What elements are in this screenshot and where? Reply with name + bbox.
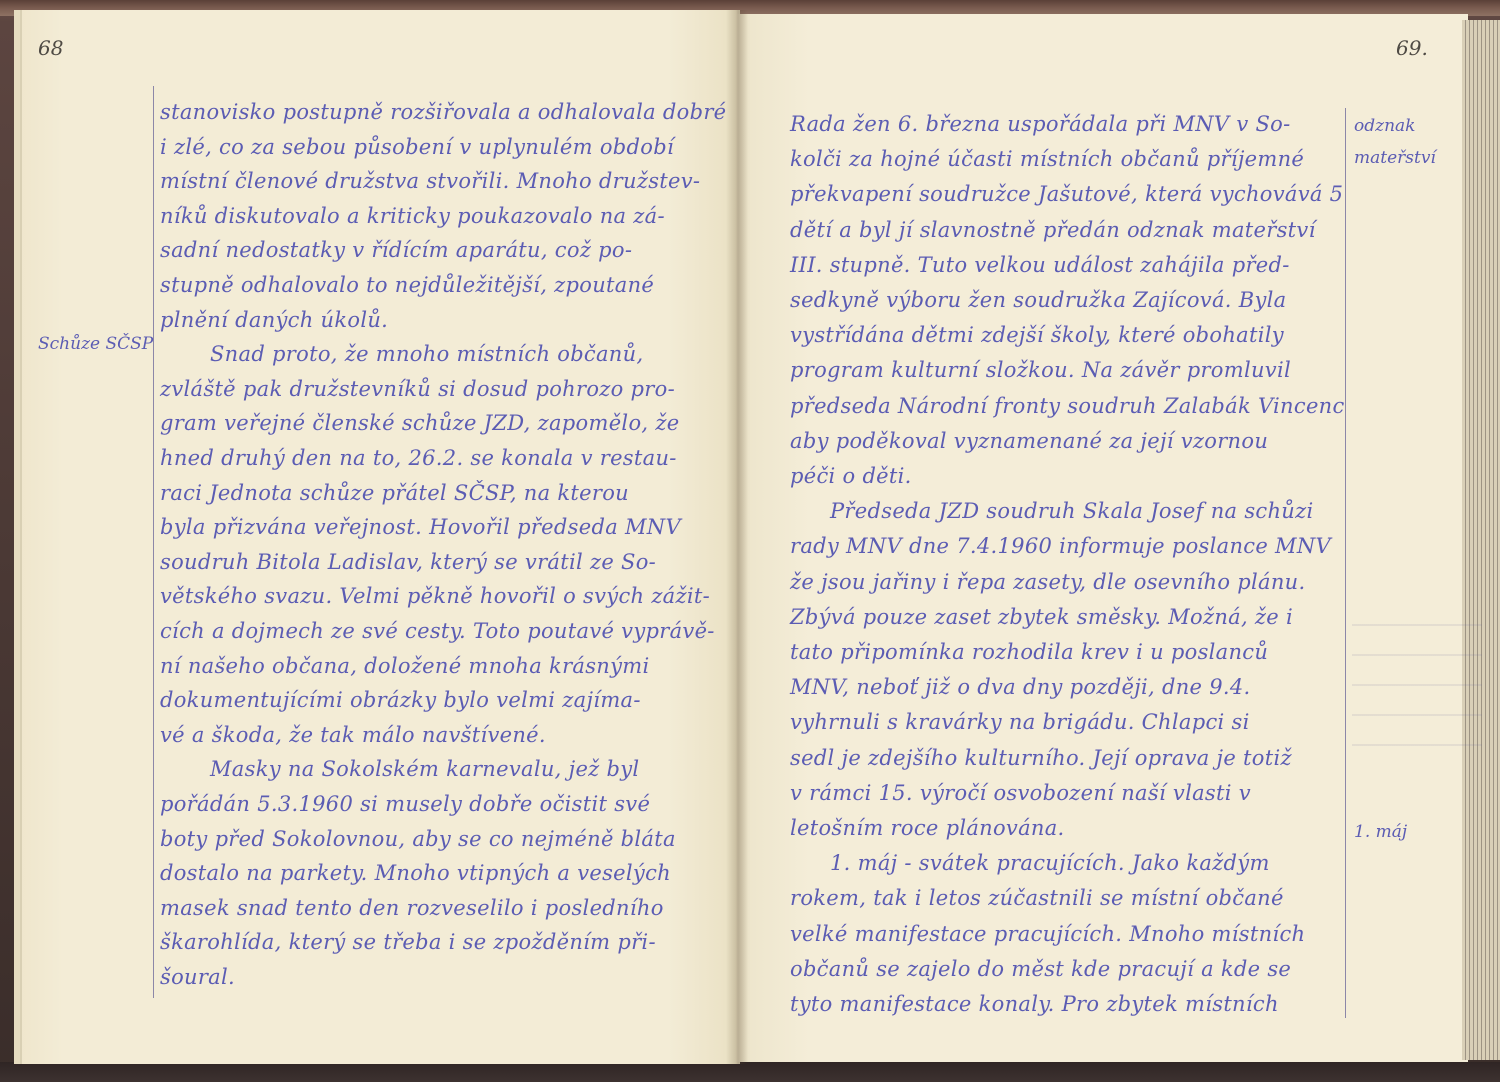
text-line: aby poděkoval vyznamenané za její vzorno… — [790, 429, 1268, 453]
text-line: pořádán 5.3.1960 si musely dobře očistit… — [160, 792, 650, 816]
margin-note-schuze-scsp: Schůze SČSP — [38, 334, 153, 354]
text-line: sedl je zdejšího kulturního. Její oprava… — [790, 746, 1292, 770]
text-line: níků diskutovalo a kriticky poukazovalo … — [160, 204, 665, 228]
text-line: kolči za hojné účasti místních občanů př… — [790, 147, 1304, 171]
text-line: i zlé, co za sebou působení v uplynulém … — [160, 135, 674, 159]
text-line: předseda Národní fronty soudruh Zalabák … — [790, 394, 1345, 418]
text-line: boty před Sokolovnou, aby se co nejméně … — [160, 827, 676, 851]
text-line: zvláště pak družstevníků si dosud pohroz… — [160, 377, 675, 401]
text-line: dokumentujícími obrázky bylo velmi zajím… — [160, 688, 641, 712]
text-line: péči o děti. — [790, 464, 912, 488]
text-line: větského svazu. Velmi pěkně hovořil o sv… — [160, 584, 710, 608]
text-line: plnění daných úkolů. — [160, 308, 388, 332]
text-line: soudruh Bitola Ladislav, který se vrátil… — [160, 550, 656, 574]
text-line: III. stupně. Tuto velkou událost zahájil… — [790, 253, 1290, 277]
text-line: Snad proto, že mnoho místních občanů, — [210, 342, 643, 366]
book-gutter — [726, 10, 748, 1064]
margin-note-1-maj: 1. máj — [1354, 822, 1407, 842]
text-line: ní našeho občana, doložené mnoha krásným… — [160, 654, 650, 678]
text-line: vystřídána dětmi zdejší školy, které obo… — [790, 323, 1284, 347]
text-line: v rámci 15. výročí osvobození naší vlast… — [790, 781, 1251, 805]
text-line: Zbývá pouze zaset zbytek směsky. Možná, … — [790, 605, 1293, 629]
text-line: stupně odhalovalo to nejdůležitější, zpo… — [160, 273, 654, 297]
text-line: Masky na Sokolském karnevalu, jež byl — [210, 757, 639, 781]
text-line: že jsou jařiny i řepa zasety, dle osevní… — [790, 570, 1305, 594]
text-line: letošním roce plánována. — [790, 816, 1065, 840]
text-line: škarohlída, který se třeba i se zpoždění… — [160, 930, 656, 954]
margin-note-materstvi: mateřství — [1354, 148, 1436, 168]
text-line: překvapení soudružce Jašutové, která vyc… — [790, 182, 1343, 206]
text-line: gram veřejné členské schůze JZD, zapoměl… — [160, 411, 679, 435]
show-through-ink — [1352, 610, 1482, 770]
text-line: dostalo na parkety. Mnoho vtipných a ves… — [160, 861, 671, 885]
text-line: rady MNV dne 7.4.1960 informuje poslance… — [790, 534, 1331, 558]
text-line: masek snad tento den rozveselilo i posle… — [160, 896, 664, 920]
text-line: vé a škoda, že tak málo navštívené. — [160, 723, 546, 747]
text-line: místní členové družstva stvořili. Mnoho … — [160, 169, 700, 193]
text-line: vyhrnuli s kravárky na brigádu. Chlapci … — [790, 710, 1250, 734]
text-line: raci Jednota schůze přátel SČSP, na kter… — [160, 481, 629, 505]
text-line: 1. máj - svátek pracujících. Jako každým — [830, 851, 1270, 875]
left-page-margin-rule — [153, 86, 154, 998]
margin-note-odznak: odznak — [1354, 116, 1415, 136]
book-cover-bottom-edge — [0, 1062, 1500, 1082]
text-line: tyto manifestace konaly. Pro zbytek míst… — [790, 992, 1279, 1016]
text-line: MNV, neboť již o dva dny později, dne 9.… — [790, 675, 1251, 699]
text-line: cích a dojmech ze své cesty. Toto poutav… — [160, 619, 715, 643]
text-line: rokem, tak i letos zúčastnili se místní … — [790, 886, 1284, 910]
left-page-number: 68 — [38, 36, 63, 60]
text-line: velké manifestace pracujících. Mnoho mís… — [790, 922, 1305, 946]
text-line: stanovisko postupně rozšiřovala a odhalo… — [160, 100, 726, 124]
text-line: program kulturní složkou. Na závěr proml… — [790, 358, 1291, 382]
text-line: dětí a byl jí slavnostně předán odznak m… — [790, 218, 1316, 242]
right-page-margin-rule — [1345, 108, 1346, 1018]
text-line: byla přizvána veřejnost. Hovořil předsed… — [160, 515, 681, 539]
text-line: sadní nedostatky v řídícím aparátu, což … — [160, 238, 632, 262]
open-chronicle-book: 68 Schůze SČSP 69. odznak mateřství 1. m… — [0, 0, 1500, 1082]
text-line: Předseda JZD soudruh Skala Josef na schů… — [830, 499, 1314, 523]
right-page-number: 69. — [1396, 36, 1428, 60]
text-line: tato připomínka rozhodila krev i u posla… — [790, 640, 1268, 664]
text-line: občanů se zajelo do měst kde pracují a k… — [790, 957, 1291, 981]
text-line: hned druhý den na to, 26.2. se konala v … — [160, 446, 677, 470]
text-line: sedkyně výboru žen soudružka Zajícová. B… — [790, 288, 1286, 312]
text-line: šoural. — [160, 965, 235, 989]
page-stack-edge — [1462, 20, 1500, 1060]
text-line: Rada žen 6. března uspořádala při MNV v … — [790, 112, 1291, 136]
